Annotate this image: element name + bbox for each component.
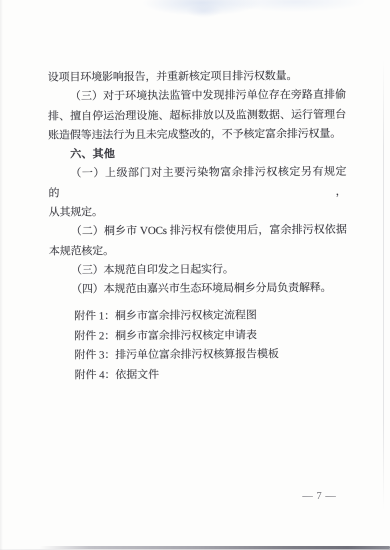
body-line: （三）本规范自印发之日起实行。: [49, 260, 347, 281]
body-line: 从其规定。: [49, 202, 347, 223]
body-line: （四）本规范由嘉兴市生态环境局桐乡分局负责解释。: [49, 279, 347, 300]
body-line: （一）上级部门对主要污染物富余排污权核定另有规定的，: [48, 163, 346, 203]
body-line: 本规范核定。: [49, 241, 347, 262]
attachment-list: 附件 1：桐乡市富余排污权核定流程图 附件 2：桐乡市富余排污权核定申请表 附件…: [74, 306, 354, 387]
document-page: 设项目环境影响报告，并重新核定项目排污权数量。 （三）对于环境执法监管中发现排污…: [0, 0, 390, 550]
section-heading-other: 六、其他: [48, 144, 346, 165]
attachment-item: 附件 2：桐乡市富余排污权核定申请表: [74, 325, 354, 346]
attachment-item: 附件 1：桐乡市富余排污权核定流程图: [74, 306, 354, 327]
paper-right-edge: [383, 60, 384, 510]
body-text-block: 设项目环境影响报告，并重新核定项目排污权数量。 （三）对于环境执法监管中发现排污…: [48, 67, 347, 300]
attachment-item: 附件 4：依据文件: [75, 365, 355, 386]
document-content: 设项目环境影响报告，并重新核定项目排污权数量。 （三）对于环境执法监管中发现排污…: [0, 0, 390, 550]
attachment-item: 附件 3：排污单位富余排污权核算报告模板: [74, 345, 354, 366]
body-line: 设项目环境影响报告，并重新核定项目排污权数量。: [48, 67, 346, 88]
body-line: （二）桐乡市 VOCs 排污权有偿使用后，富余排污权依据: [49, 221, 347, 242]
body-line: （三）对于环境执法监管中发现排污单位存在旁路直排偷: [48, 86, 346, 107]
body-line: 账造假等违法行为且未完成整改的，不予核定富余排污权量。: [48, 125, 346, 146]
page-number: — 7 —: [302, 491, 346, 502]
body-line: 排、擅自停运治理设施、超标排放以及监测数据、运行管理台: [48, 105, 346, 126]
